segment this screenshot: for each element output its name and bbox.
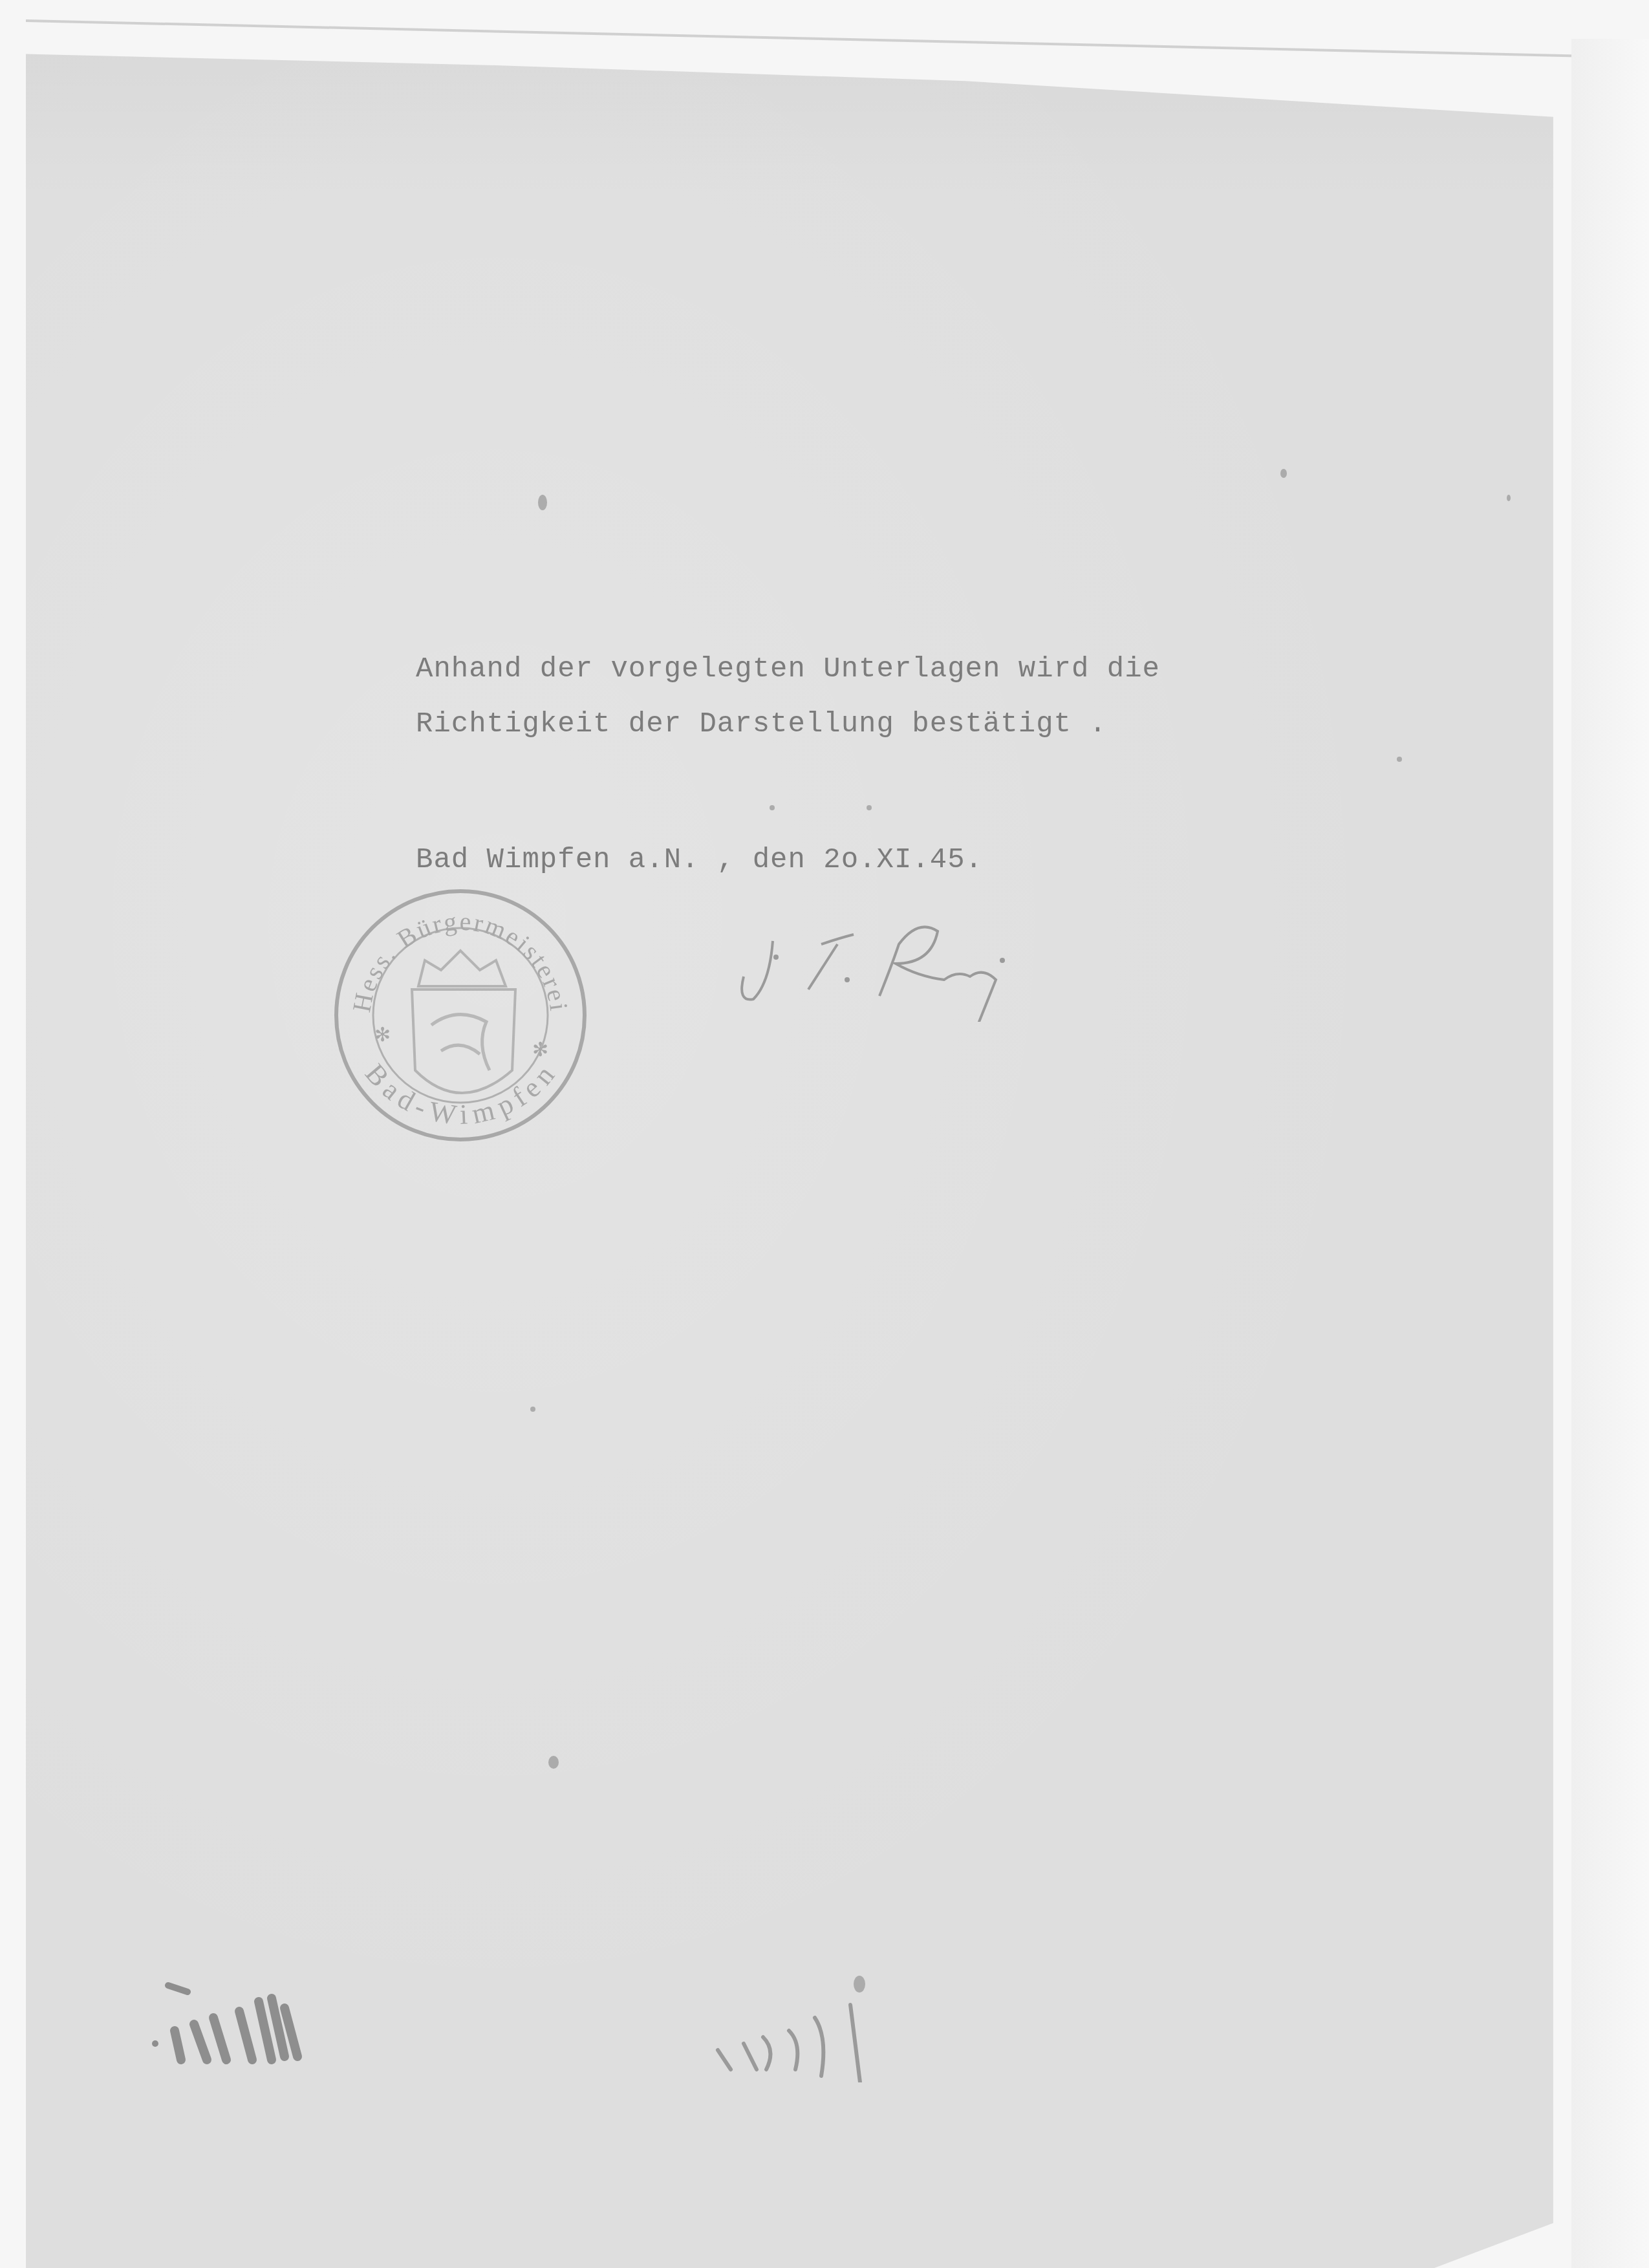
ink-stain [1280,469,1287,478]
signature-icon [724,905,1061,1022]
place-date-line: Bad Wimpfen a.N. , den 2o.XI.45. [416,844,983,876]
ink-stain [854,1976,865,1993]
scanner-edge [1571,39,1649,2268]
pencil-annotation-right [698,1992,931,2082]
signature [724,905,1061,1022]
ink-stain [1397,757,1402,762]
ink-stain [770,805,775,810]
scanned-page [26,23,1591,2268]
svg-text:✻: ✻ [532,1039,548,1061]
pencil-annotation-left [142,1979,401,2069]
ink-stain [538,495,547,510]
ink-stain [1507,495,1511,501]
body-text-line: Anhand der vorgelegten Unterlagen wird d… [416,653,1160,686]
seal-emblem-icon: Hess. Bürgermeisterei Bad-Wimpfen ✻ ✻ [328,883,593,1148]
official-seal: Hess. Bürgermeisterei Bad-Wimpfen ✻ ✻ [328,883,593,1148]
ink-stain [530,1407,535,1412]
ink-stain [548,1756,559,1769]
ink-stain [867,805,872,810]
svg-text:Bad-Wimpfen: Bad-Wimpfen [359,1057,562,1130]
pencil-numbers-icon [698,1992,931,2082]
svg-text:✻: ✻ [374,1024,391,1046]
body-text-line: Richtigkeit der Darstellung bestätigt . [416,708,1107,740]
svg-text:Hess. Bürgermeisterei: Hess. Bürgermeisterei [347,907,574,1015]
pencil-scribble-icon [142,1979,401,2069]
